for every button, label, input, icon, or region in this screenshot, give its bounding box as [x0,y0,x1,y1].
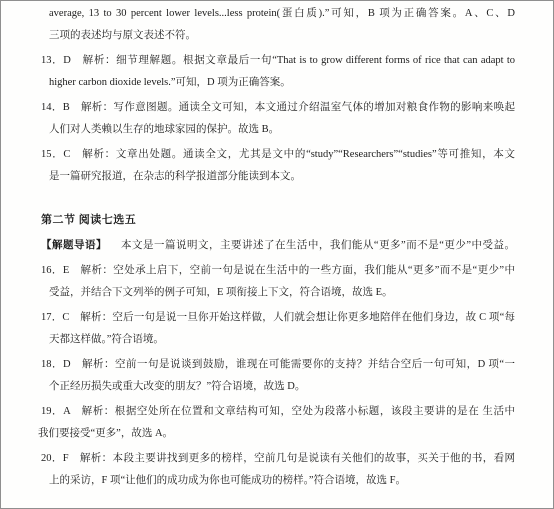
text-line: 三项的表述均与原文表述不符。 [49,25,515,47]
answer-item-18-line: 18．D 解析：空前一句是说谈到鼓励，谁现在可能需要你的支持？并结合空后一句可知… [41,354,515,376]
answer-item-19-line: 19．A 解析：根据空处所在位置和文章结构可知，空处为段落小标题，该段主要讲的是… [41,401,515,423]
text-line: 我们要接受“更多”，故选 A。 [38,423,515,445]
section-heading: 第二节 阅读七选五 [41,209,515,231]
guide-label: 【解题导语】 [41,240,107,251]
text-line: 受益，并结合下文列举的例子可知，E 项衔接上下文，符合语境，故选 E。 [49,282,515,304]
answer-item-16-line: 16．E 解析：空处承上启下，空前一句是说在生活中的一些方面，我们能从“更多”而… [41,260,515,282]
answer-key-page: average, 13 to 30 percent lower levels..… [0,0,554,509]
answer-item-20-line: 20．F 解析：本段主要讲找到更多的榜样，空前几句是说读有关他们的故事，买关于他… [41,448,515,470]
answer-item-17-line: 17．C 解析：空后一句是说一旦你开始这样做，人们就会想让你更多地陪伴在他们身边… [41,307,515,329]
text-line: average, 13 to 30 percent lower levels..… [49,3,515,25]
guide-line: 【解题导语】本文是一篇说明文，主要讲述了在生活中，我们能从“更多”而不是“更少”… [41,235,515,257]
text-line: 是一篇研究报道，在杂志的科学报道部分能读到本文。 [49,166,515,188]
text-line: 人们对人类赖以生存的地球家园的保护。故选 B。 [49,119,515,141]
answer-item-14-line: 14．B 解析：写作意图题。通读全文可知，本文通过介绍温室气体的增加对粮食作物的… [41,97,515,119]
text-line: 天都这样做。”符合语境。 [49,329,515,351]
text-line: 上的采访，F 项“让他们的成功成为你也可能成功的榜样。”符合语境，故选 F。 [49,470,515,492]
answer-item-13-line: 13．D 解析：细节理解题。根据文章最后一句“That is to grow d… [41,50,515,72]
answer-item-15-line: 15．C 解析：文章出处题。通读全文，尤其是文中的“study”“Researc… [41,144,515,166]
text-line: 个正经历损失或重大改变的朋友？”符合语境，故选 D。 [49,376,515,398]
guide-text: 本文是一篇说明文，主要讲述了在生活中，我们能从“更多”而不是“更少”中受益。 [121,240,515,251]
text-line: higher carbon dioxide levels.”可知，D 项为正确答… [49,72,515,94]
